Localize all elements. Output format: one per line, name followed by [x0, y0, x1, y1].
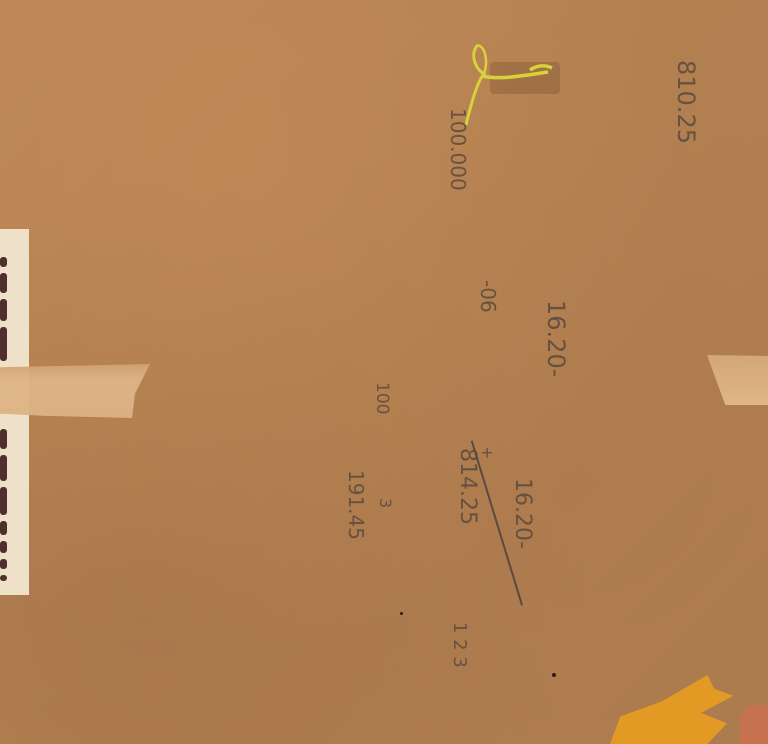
label-mark: [0, 429, 7, 449]
label-mark: [0, 559, 7, 569]
label-mark: [0, 455, 7, 481]
cardboard-panel: 810.25 100.000 16.20- -06 100 191.45 3 1…: [0, 0, 768, 744]
pencil-note-left-lower-frac: 3: [376, 498, 395, 508]
pencil-note-top-right: 810.25: [672, 60, 700, 144]
red-paint-smudge: [740, 705, 768, 744]
ink-dot: [552, 673, 556, 677]
label-mark: [0, 541, 7, 553]
label-mark: [0, 299, 7, 321]
pencil-note-sum-plus: +: [478, 446, 497, 459]
label-mark: [0, 487, 7, 515]
pencil-note-middle-small: -06: [476, 280, 500, 313]
pencil-note-top-left: 100.000: [446, 108, 470, 191]
label-mark: [0, 257, 7, 267]
pencil-note-middle-upper: 16.20-: [542, 300, 570, 377]
label-mark: [0, 575, 7, 581]
pencil-note-bottom-numbers: 1 2 3: [449, 622, 470, 668]
label-mark: [0, 521, 7, 535]
pencil-note-sum-top: 16.20-: [510, 478, 535, 549]
orange-paint-splash: [610, 675, 740, 744]
label-mark: [0, 273, 7, 293]
yellow-paint-mark: [460, 40, 560, 130]
ink-dot: [400, 612, 403, 615]
masking-tape-right: [707, 355, 768, 405]
label-mark: [0, 327, 7, 361]
pencil-note-left-lower: 191.45: [344, 470, 368, 540]
masking-tape-left: [0, 364, 150, 418]
pencil-note-left-middle: 100: [372, 382, 392, 414]
